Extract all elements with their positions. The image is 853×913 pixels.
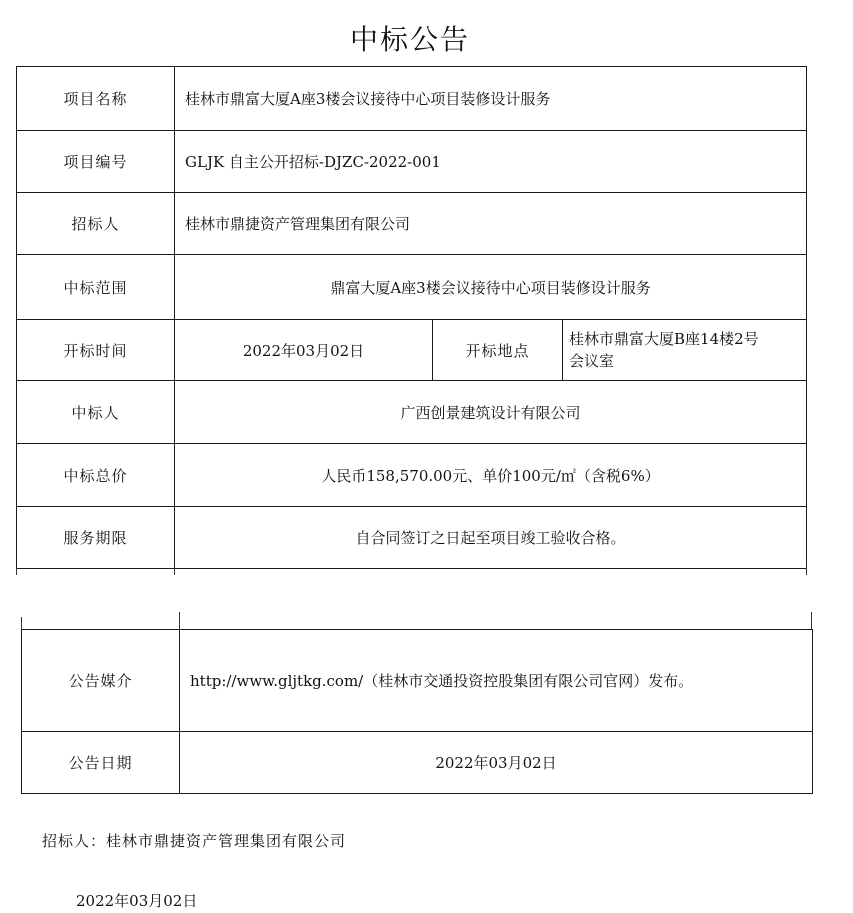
footer-signer: 招标人：桂林市鼎捷资产管理集团有限公司 bbox=[42, 830, 346, 851]
gap-stub-divider-bottom bbox=[179, 612, 180, 629]
value-bid-scope: 鼎富大厦A座3楼会议接待中心项目装修设计服务 bbox=[175, 255, 807, 320]
gap-stub-right-bottom bbox=[811, 612, 812, 629]
announcement-info-table: 公告媒介 http://www.gljtkg.com/（桂林市交通投资控股集团有… bbox=[21, 629, 813, 794]
table-row-winner: 中标人 广西创景建筑设计有限公司 bbox=[17, 381, 807, 444]
value-opening-location: 桂林市鼎富大厦B座14楼2号 会议室 bbox=[563, 320, 807, 381]
value-project-name: 桂林市鼎富大厦A座3楼会议接待中心项目装修设计服务 bbox=[175, 67, 807, 131]
table-row-service-period: 服务期限 自合同签订之日起至项目竣工验收合格。 bbox=[17, 507, 807, 569]
value-tenderer: 桂林市鼎捷资产管理集团有限公司 bbox=[175, 193, 807, 255]
label-opening-time: 开标时间 bbox=[17, 320, 175, 381]
table-row-announcement-media: 公告媒介 http://www.gljtkg.com/（桂林市交通投资控股集团有… bbox=[22, 630, 813, 732]
opening-location-line1: 桂林市鼎富大厦B座14楼2号 bbox=[569, 328, 806, 350]
table-row-tenderer: 招标人 桂林市鼎捷资产管理集团有限公司 bbox=[17, 193, 807, 255]
gap-stub-left-bottom bbox=[21, 617, 22, 629]
value-opening-time: 2022年03月02日 bbox=[175, 320, 433, 381]
label-total-price: 中标总价 bbox=[17, 444, 175, 507]
label-announcement-date: 公告日期 bbox=[22, 732, 180, 794]
value-announcement-date: 2022年03月02日 bbox=[180, 732, 813, 794]
value-project-number: GLJK 自主公开招标-DJZC-2022-001 bbox=[175, 131, 807, 193]
value-announcement-media: http://www.gljtkg.com/（桂林市交通投资控股集团有限公司官网… bbox=[180, 630, 813, 732]
label-opening-location: 开标地点 bbox=[433, 320, 563, 381]
gap-stub-right-top bbox=[806, 567, 807, 575]
table-row-bid-scope: 中标范围 鼎富大厦A座3楼会议接待中心项目装修设计服务 bbox=[17, 255, 807, 320]
table-row-announcement-date: 公告日期 2022年03月02日 bbox=[22, 732, 813, 794]
label-project-name: 项目名称 bbox=[17, 67, 175, 131]
footer-date: 2022年03月02日 bbox=[76, 890, 197, 911]
gap-stub-left-top bbox=[16, 567, 17, 575]
label-announcement-media: 公告媒介 bbox=[22, 630, 180, 732]
table-row-opening: 开标时间 2022年03月02日 开标地点 桂林市鼎富大厦B座14楼2号 会议室 bbox=[17, 320, 807, 381]
opening-location-line2: 会议室 bbox=[569, 350, 806, 372]
bid-info-table: 项目名称 桂林市鼎富大厦A座3楼会议接待中心项目装修设计服务 项目编号 GLJK… bbox=[16, 66, 807, 569]
label-tenderer: 招标人 bbox=[17, 193, 175, 255]
value-total-price: 人民币158,570.00元、单价100元/㎡（含税6%） bbox=[175, 444, 807, 507]
document-title: 中标公告 bbox=[0, 22, 820, 58]
table-row-total-price: 中标总价 人民币158,570.00元、单价100元/㎡（含税6%） bbox=[17, 444, 807, 507]
table-row-project-number: 项目编号 GLJK 自主公开招标-DJZC-2022-001 bbox=[17, 131, 807, 193]
label-winner: 中标人 bbox=[17, 381, 175, 444]
label-bid-scope: 中标范围 bbox=[17, 255, 175, 320]
label-service-period: 服务期限 bbox=[17, 507, 175, 569]
table-row-project-name: 项目名称 桂林市鼎富大厦A座3楼会议接待中心项目装修设计服务 bbox=[17, 67, 807, 131]
value-winner: 广西创景建筑设计有限公司 bbox=[175, 381, 807, 444]
value-service-period: 自合同签订之日起至项目竣工验收合格。 bbox=[175, 507, 807, 569]
gap-stub-divider-top bbox=[174, 567, 175, 575]
label-project-number: 项目编号 bbox=[17, 131, 175, 193]
